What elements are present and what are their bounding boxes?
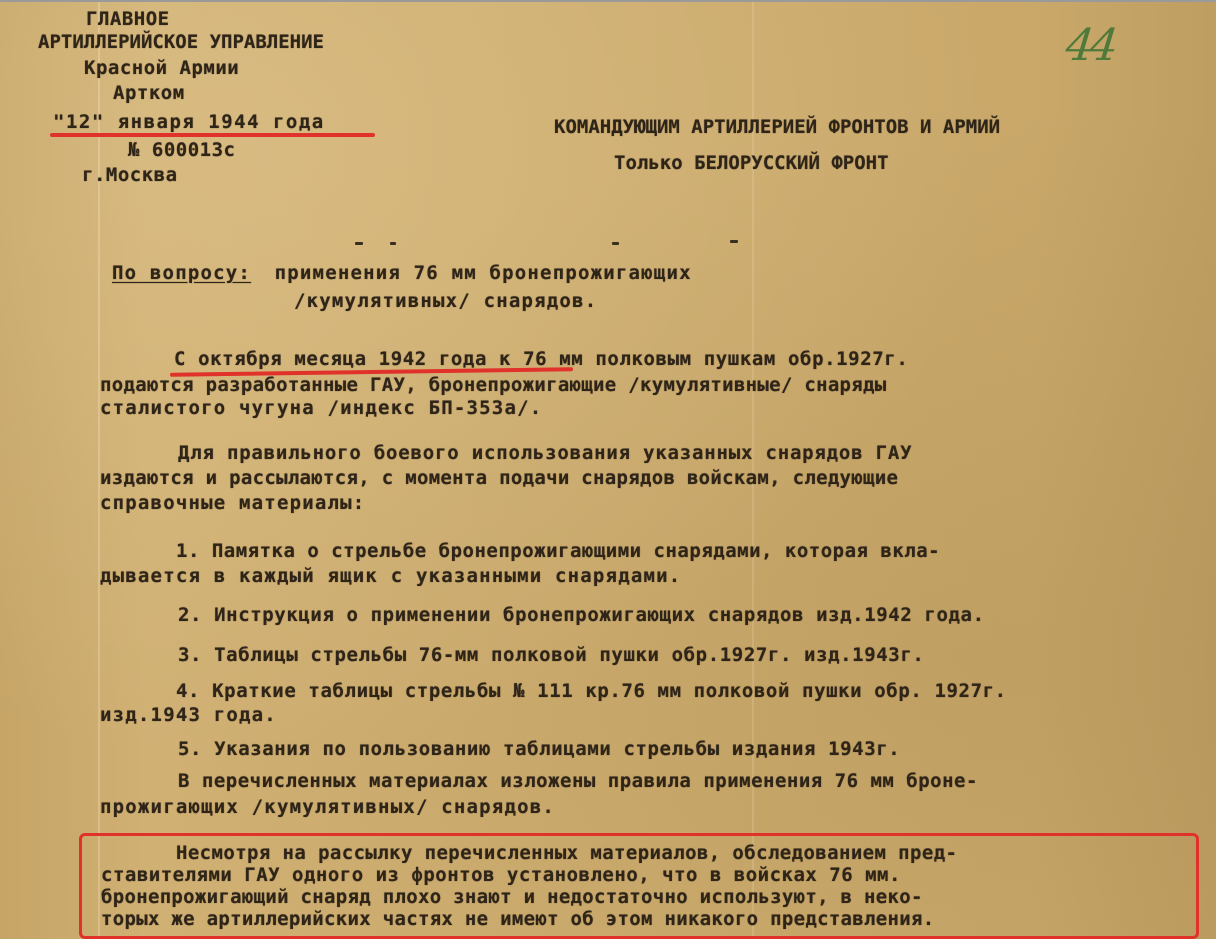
addressee-line-2: Только БЕЛОРУССКИЙ ФРОНТ [614,152,889,174]
sender-line-glavnoe: ГЛАВНОЕ [86,8,170,30]
subject-line-1: применения 76 мм бронепрожигающих [262,262,692,284]
paragraph-line: Несмотря на рассылку перечисленных матер… [176,842,957,864]
sender-line-artkom: Артком [113,82,185,104]
list-item-continuation: изд.1943 года. [100,704,277,726]
sender-line-red-army: Красной Армии [84,57,239,79]
ink-speck [612,242,619,245]
addressee-line-1: КОМАНДУЮЩИМ АРТИЛЛЕРИЕЙ ФРОНТОВ И АРМИЙ [554,116,1000,138]
paragraph-line: справочные материалы: [100,492,365,514]
paragraph-line: ставителями ГАУ одного из фронтов устано… [101,864,901,886]
paragraph-line: торых же артиллерийских частях не имеют … [101,908,934,930]
date-red-underline [50,133,375,137]
paragraph-line: Для правильного боевого использования ук… [178,442,912,464]
document-city: г.Москва [82,164,178,186]
sender-line-department: АРТИЛЛЕРИЙСКОЕ УПРАВЛЕНИЕ [38,31,324,53]
document-number: № 600013с [128,139,235,161]
paragraph-line: подаются разработанные ГАУ, бронепрожига… [100,374,887,396]
ink-speck [730,240,738,243]
list-item: 2. Инструкция о применении бронепрожигаю… [178,604,985,626]
list-item-continuation: дывается в каждый ящик с указанными снар… [100,565,681,587]
handwritten-page-number: 44 [1063,20,1116,71]
document-date: "12" января 1944 года [53,111,325,133]
paragraph-line: прожигающих /кумулятивных/ снарядов. [100,796,555,818]
list-item: 1. Памятка о стрельбе бронепрожигающими … [176,540,940,562]
paragraph-line: издаются и рассылаются, с момента подачи… [100,467,898,489]
paragraph-line: В перечисленных материалах изложены прав… [178,770,978,792]
archival-document-page: ГЛАВНОЕ АРТИЛЛЕРИЙСКОЕ УПРАВЛЕНИЕ Красно… [0,0,1216,939]
ink-speck [390,242,396,245]
ink-speck [355,242,363,245]
subject-line-2: /кумулятивных/ снарядов. [294,290,597,312]
list-item: 4. Краткие таблицы стрельбы № 111 кр.76 … [176,680,1007,702]
list-item: 3. Таблицы стрельбы 76-мм полковой пушки… [178,644,924,666]
list-item: 5. Указания по пользованию таблицами стр… [178,738,900,760]
paragraph-line: сталистого чугуна /индекс БП-353а/. [100,397,542,419]
paragraph-line: бронепрожигающий снаряд плохо знают и не… [101,886,923,908]
subject-label: По вопросу: [112,262,251,284]
